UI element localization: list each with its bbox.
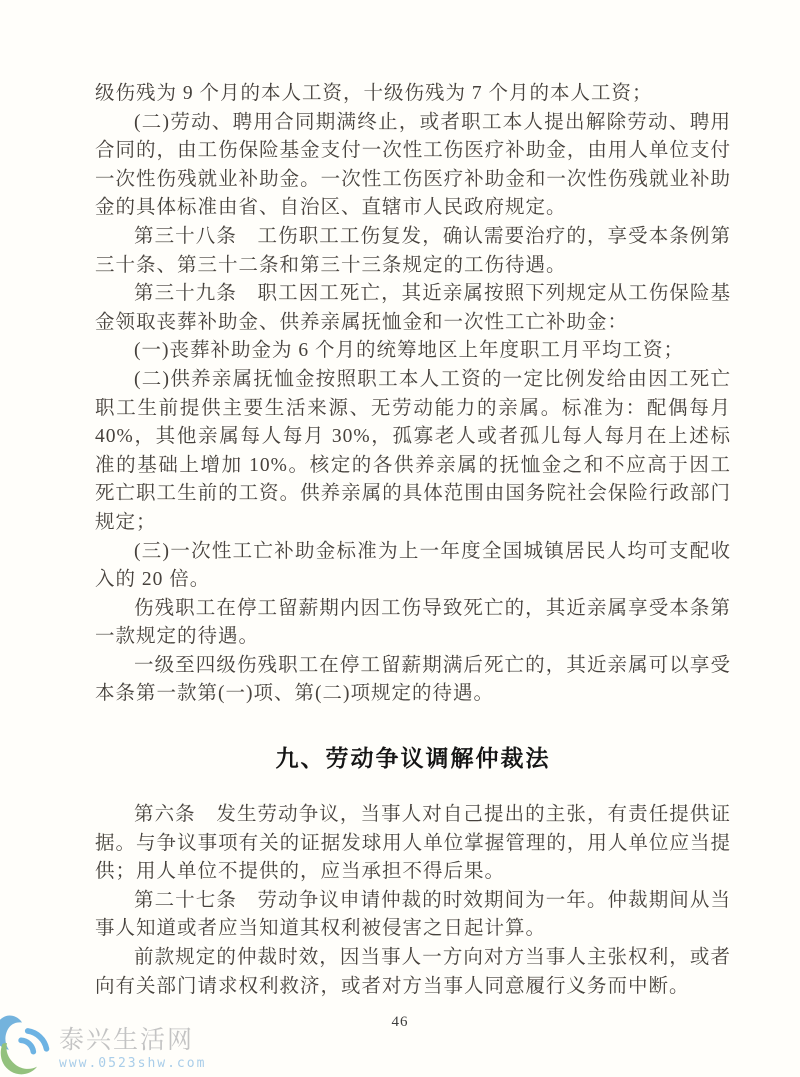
site-name: 泰兴生活网 <box>59 1027 206 1053</box>
paragraph: 前款规定的仲裁时效，因当事人一方向对方当事人主张权利，或者向有关部门请求权利救济… <box>95 944 731 1001</box>
site-url: www.0523shw.com <box>59 1056 206 1071</box>
paragraph: (一)丧葬补助金为 6 个月的统筹地区上年度职工月平均工资； <box>95 337 731 366</box>
paragraph: 第三十八条 工伤职工工伤复发，确认需要治疗的，享受本条例第三十条、第三十二条和第… <box>95 223 731 280</box>
watermark-logo: 泰兴生活网 www.0523shw.com <box>0 1013 206 1077</box>
section-title: 九、劳动争议调解仲裁法 <box>95 740 731 773</box>
paragraph: 一级至四级伤残职工在停工留薪期满后死亡的，其近亲属可以享受本条第一款第(一)项、… <box>95 652 731 709</box>
paragraph: (二)劳动、聘用合同期满终止，或者职工本人提出解除劳动、聘用合同的，由工伤保险基… <box>95 109 731 223</box>
paragraph: (三)一次性工亡补助金标准为上一年度全国城镇居民人均可支配收入的 20 倍。 <box>95 538 731 595</box>
document-page: 级伤残为 9 个月的本人工资，十级伤残为 7 个月的本人工资； (二)劳动、聘用… <box>0 0 800 1077</box>
paragraph: 第二十七条 劳动争议申请仲裁的时效期间为一年。仲裁期间从当事人知道或者应当知道其… <box>95 887 731 944</box>
watermark-text: 泰兴生活网 www.0523shw.com <box>59 1013 206 1071</box>
paragraph: (二)供养亲属抚恤金按照职工本人工资的一定比例发给由因工死亡职工生前提供主要生活… <box>95 366 731 538</box>
document-body: 级伤残为 9 个月的本人工资，十级伤残为 7 个月的本人工资； (二)劳动、聘用… <box>95 80 731 1001</box>
paragraph: 伤残职工在停工留薪期内因工伤导致死亡的，其近亲属享受本条第一款规定的待遇。 <box>95 595 731 652</box>
site-logo-icon <box>0 1013 54 1077</box>
paragraph: 级伤残为 9 个月的本人工资，十级伤残为 7 个月的本人工资； <box>95 80 731 109</box>
paragraph: 第六条 发生劳动争议，当事人对自己提出的主张，有责任提供证据。与争议事项有关的证… <box>95 801 731 887</box>
paragraph: 第三十九条 职工因工死亡，其近亲属按照下列规定从工伤保险基金领取丧葬补助金、供养… <box>95 280 731 337</box>
